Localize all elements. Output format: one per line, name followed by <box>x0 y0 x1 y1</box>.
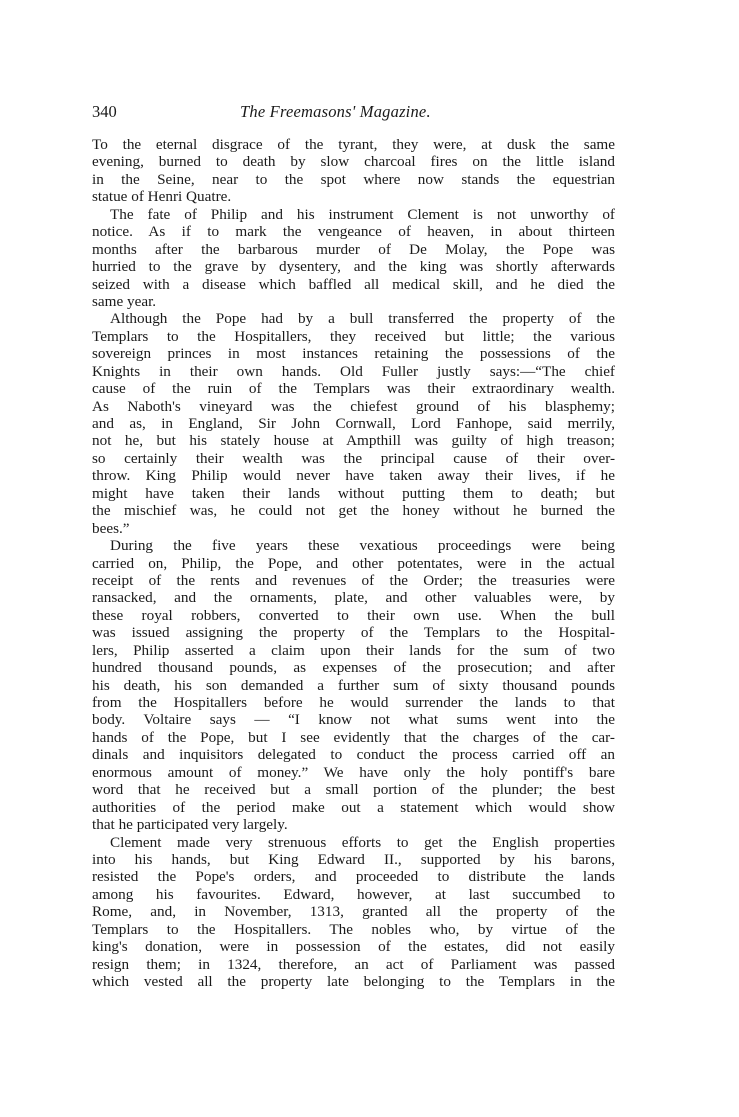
text-line: was issued assigning the property of the… <box>92 624 615 641</box>
text-line: resisted the Pope's orders, and proceede… <box>92 868 615 885</box>
text-line: cause of the ruin of the Templars was th… <box>92 380 615 397</box>
text-line: hands of the Pope, but I see evidently t… <box>92 729 615 746</box>
text-line: Rome, and, in November, 1313, granted al… <box>92 903 615 920</box>
text-line: As Naboth's vineyard was the chiefest gr… <box>92 398 615 415</box>
text-line: the mischief was, he could not get the h… <box>92 502 615 519</box>
text-line: bees.” <box>92 520 615 537</box>
text-line: in the Seine, near to the spot where now… <box>92 171 615 188</box>
text-line: same year. <box>92 293 615 310</box>
text-line: throw. King Philip would never have take… <box>92 467 615 484</box>
text-line: hurried to the grave by dysentery, and t… <box>92 258 615 275</box>
text-line: king's donation, were in possession of t… <box>92 938 615 955</box>
text-line: lers, Philip asserted a claim upon their… <box>92 642 615 659</box>
text-line: among his favourites. Edward, however, a… <box>92 886 615 903</box>
text-line: Templars to the Hospitallers, they recei… <box>92 328 615 345</box>
text-line: Although the Pope had by a bull transfer… <box>92 310 615 327</box>
text-line: word that he received but a small portio… <box>92 781 615 798</box>
text-line: Clement made very strenuous efforts to g… <box>92 834 615 851</box>
text-line: The fate of Philip and his instrument Cl… <box>92 206 615 223</box>
magazine-page: 340 The Freemasons' Magazine. To the ete… <box>92 100 615 990</box>
text-line: notice. As if to mark the vengeance of h… <box>92 223 615 240</box>
text-line: carried on, Philip, the Pope, and other … <box>92 555 615 572</box>
text-line: into his hands, but King Edward II., sup… <box>92 851 615 868</box>
text-line: and as, in England, Sir John Cornwall, L… <box>92 415 615 432</box>
paragraph: During the five years these vexatious pr… <box>92 537 615 833</box>
text-line: Knights in their own hands. Old Fuller j… <box>92 363 615 380</box>
text-line: statue of Henri Quatre. <box>92 188 615 205</box>
paragraph: The fate of Philip and his instrument Cl… <box>92 206 615 311</box>
text-line: that he participated very largely. <box>92 816 615 833</box>
text-line: authorities of the period make out a sta… <box>92 799 615 816</box>
text-line: so certainly their wealth was the princi… <box>92 450 615 467</box>
text-line: sovereign princes in most instances reta… <box>92 345 615 362</box>
text-line: resign them; in 1324, therefore, an act … <box>92 956 615 973</box>
text-line: To the eternal disgrace of the tyrant, t… <box>92 136 615 153</box>
text-line: body. Voltaire says — “I know not what s… <box>92 711 615 728</box>
text-line: seized with a disease which baffled all … <box>92 276 615 293</box>
paragraph: To the eternal disgrace of the tyrant, t… <box>92 136 615 206</box>
text-line: hundred thousand pounds, as expenses of … <box>92 659 615 676</box>
page-number: 340 <box>92 102 117 122</box>
page-header: 340 The Freemasons' Magazine. <box>92 100 615 126</box>
text-line: which vested all the property late belon… <box>92 973 615 990</box>
text-line: enormous amount of money.” We have only … <box>92 764 615 781</box>
text-line: these royal robbers, converted to their … <box>92 607 615 624</box>
text-line: from the Hospitallers before he would su… <box>92 694 615 711</box>
article-body: To the eternal disgrace of the tyrant, t… <box>92 136 615 990</box>
text-line: dinals and inquisitors delegated to cond… <box>92 746 615 763</box>
text-line: months after the barbarous murder of De … <box>92 241 615 258</box>
paragraph: Although the Pope had by a bull transfer… <box>92 310 615 537</box>
text-line: might have taken their lands without put… <box>92 485 615 502</box>
text-line: Templars to the Hospitallers. The nobles… <box>92 921 615 938</box>
text-line: During the five years these vexatious pr… <box>92 537 615 554</box>
text-line: evening, burned to death by slow charcoa… <box>92 153 615 170</box>
text-line: not he, but his stately house at Ampthil… <box>92 432 615 449</box>
paragraph: Clement made very strenuous efforts to g… <box>92 834 615 991</box>
text-line: receipt of the rents and revenues of the… <box>92 572 615 589</box>
text-line: ransacked, and the ornaments, plate, and… <box>92 589 615 606</box>
running-title: The Freemasons' Magazine. <box>240 102 431 122</box>
text-line: his death, his son demanded a further su… <box>92 677 615 694</box>
